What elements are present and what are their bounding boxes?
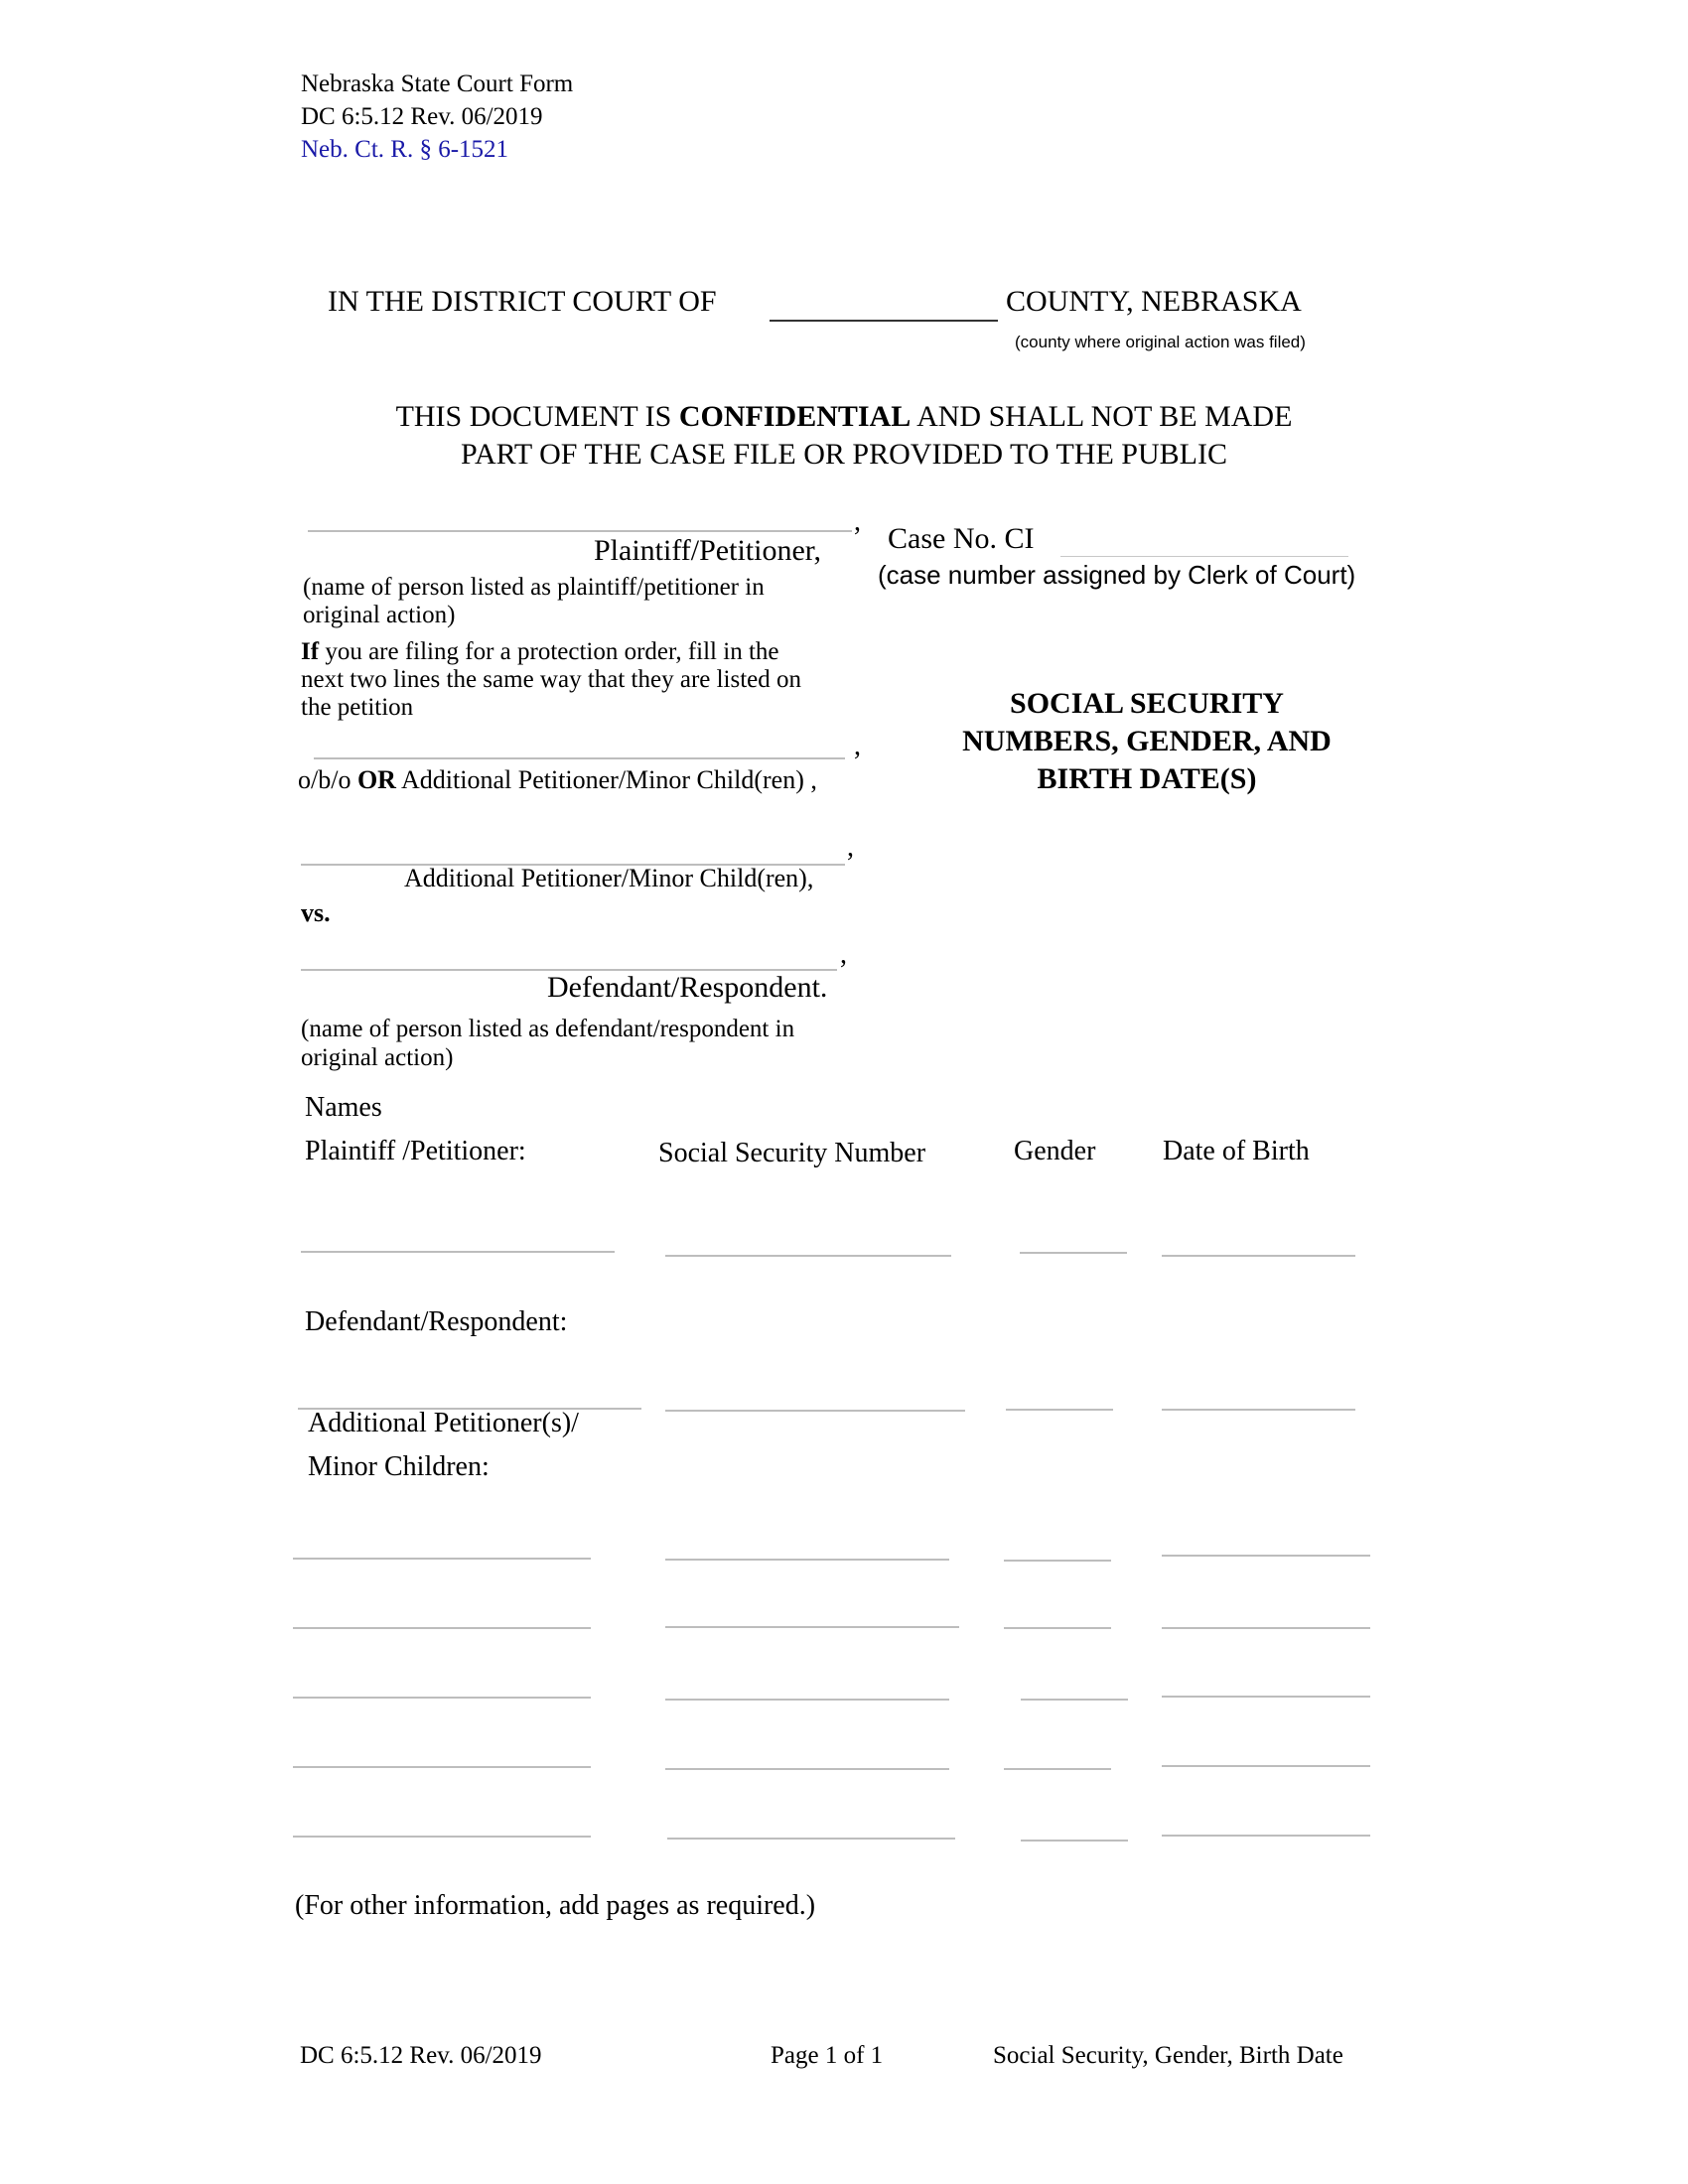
obo-label: o/b/o OR Additional Petitioner/Minor Chi… bbox=[298, 765, 817, 795]
footer-form-title: Social Security, Gender, Birth Date bbox=[993, 2042, 1343, 2070]
footer-form-id: DC 6:5.12 Rev. 06/2019 bbox=[300, 2042, 542, 2070]
comma: , bbox=[847, 832, 854, 864]
additional-gender-field[interactable] bbox=[1004, 1534, 1111, 1562]
protection-line1: you are filing for a protection order, f… bbox=[319, 638, 778, 665]
comma: , bbox=[854, 506, 861, 538]
obo-prefix: o/b/o bbox=[298, 765, 351, 794]
additional-name-field[interactable] bbox=[293, 1532, 591, 1560]
form-title-line1: SOCIAL SECURITY bbox=[884, 685, 1410, 723]
confidential-notice-line1: THIS DOCUMENT IS CONFIDENTIAL AND SHALL … bbox=[0, 400, 1688, 434]
form-id: DC 6:5.12 Rev. 06/2019 bbox=[301, 100, 543, 133]
protection-if: If bbox=[301, 638, 319, 665]
comma: , bbox=[840, 939, 847, 971]
protection-line2: next two lines the same way that they ar… bbox=[301, 666, 801, 694]
protection-line3: the petition bbox=[301, 694, 801, 722]
additional-petitioner-label: Additional Petitioner/Minor Child(ren), bbox=[404, 864, 813, 893]
defendant-hint: (name of person listed as defendant/resp… bbox=[301, 1015, 794, 1072]
additional-petitioner-field[interactable] bbox=[301, 838, 845, 866]
defendant-dob-field[interactable] bbox=[1162, 1383, 1355, 1411]
court-suffix: COUNTY, NEBRASKA bbox=[1006, 285, 1302, 319]
defendant-hint-line2: original action) bbox=[301, 1043, 794, 1072]
case-number-field[interactable] bbox=[1060, 530, 1348, 557]
additional-ssn-field[interactable] bbox=[665, 1533, 949, 1561]
additional-ssn-field[interactable] bbox=[665, 1742, 949, 1770]
additional-pages-note: (For other information, add pages as req… bbox=[295, 1890, 815, 1922]
form-title-line3: BIRTH DATE(S) bbox=[884, 760, 1410, 798]
plaintiff-label: Plaintiff/Petitioner, bbox=[594, 534, 821, 568]
additional-row-label: Additional Petitioner(s)/ Minor Children… bbox=[308, 1402, 579, 1489]
additional-dob-field[interactable] bbox=[1162, 1529, 1370, 1557]
plaintiff-hint: (name of person listed as plaintiff/peti… bbox=[303, 574, 765, 629]
additional-gender-field[interactable] bbox=[1021, 1814, 1128, 1842]
obo-suffix: Additional Petitioner/Minor Child(ren) , bbox=[401, 765, 817, 794]
vs-label: vs. bbox=[301, 898, 331, 928]
form-title-line2: NUMBERS, GENDER, AND bbox=[884, 723, 1410, 760]
footer-page-number: Page 1 of 1 bbox=[771, 2042, 883, 2070]
plaintiff-dob-field[interactable] bbox=[1162, 1229, 1355, 1257]
plaintiff-ssn-field[interactable] bbox=[665, 1229, 951, 1257]
defendant-hint-line1: (name of person listed as defendant/resp… bbox=[301, 1015, 794, 1043]
obo-name-field[interactable] bbox=[314, 732, 845, 759]
additional-label-line1: Additional Petitioner(s)/ bbox=[308, 1402, 579, 1445]
additional-name-field[interactable] bbox=[293, 1810, 591, 1838]
additional-gender-field[interactable] bbox=[1004, 1601, 1111, 1629]
case-number-hint: (case number assigned by Clerk of Court) bbox=[878, 560, 1355, 591]
court-rule-link[interactable]: Neb. Ct. R. § 6-1521 bbox=[301, 133, 508, 166]
defendant-gender-field[interactable] bbox=[1006, 1383, 1113, 1411]
county-hint: (county where original action was filed) bbox=[1015, 333, 1306, 352]
additional-name-field[interactable] bbox=[293, 1671, 591, 1699]
additional-name-field[interactable] bbox=[293, 1601, 591, 1629]
confidential-post: AND SHALL NOT BE MADE bbox=[916, 400, 1292, 433]
obo-or: OR bbox=[357, 765, 396, 794]
additional-dob-field[interactable] bbox=[1162, 1670, 1370, 1698]
plaintiff-hint-line2: original action) bbox=[303, 602, 765, 629]
confidential-keyword: CONFIDENTIAL bbox=[679, 400, 911, 433]
plaintiff-gender-field[interactable] bbox=[1020, 1226, 1127, 1254]
defendant-ssn-field[interactable] bbox=[665, 1384, 965, 1412]
names-heading: Names bbox=[305, 1092, 382, 1124]
additional-label-line2: Minor Children: bbox=[308, 1445, 579, 1489]
confidential-pre: THIS DOCUMENT IS bbox=[396, 400, 672, 433]
plaintiff-hint-line1: (name of person listed as plaintiff/peti… bbox=[303, 574, 765, 602]
plaintiff-name-field[interactable] bbox=[308, 504, 852, 532]
court-prefix: IN THE DISTRICT COURT OF bbox=[328, 285, 717, 319]
case-number-label: Case No. CI bbox=[888, 522, 1034, 556]
dob-column-header: Date of Birth bbox=[1163, 1136, 1310, 1167]
comma: , bbox=[854, 731, 861, 762]
defendant-name-field[interactable] bbox=[301, 943, 837, 971]
ssn-column-header: Social Security Number bbox=[658, 1138, 925, 1169]
additional-gender-field[interactable] bbox=[1004, 1742, 1111, 1770]
plaintiff-row-label: Plaintiff /Petitioner: bbox=[305, 1136, 526, 1167]
form-name: Nebraska State Court Form bbox=[301, 68, 573, 100]
additional-dob-field[interactable] bbox=[1162, 1739, 1370, 1767]
defendant-row-label: Defendant/Respondent: bbox=[305, 1306, 567, 1338]
additional-name-field[interactable] bbox=[293, 1740, 591, 1768]
additional-dob-field[interactable] bbox=[1162, 1601, 1370, 1629]
additional-gender-field[interactable] bbox=[1021, 1673, 1128, 1701]
protection-order-instructions: If you are filing for a protection order… bbox=[301, 638, 801, 722]
defendant-label: Defendant/Respondent. bbox=[547, 971, 827, 1005]
confidential-notice-line2: PART OF THE CASE FILE OR PROVIDED TO THE… bbox=[0, 438, 1688, 472]
additional-ssn-field[interactable] bbox=[665, 1673, 949, 1701]
additional-ssn-field[interactable] bbox=[667, 1812, 955, 1840]
gender-column-header: Gender bbox=[1014, 1136, 1095, 1167]
additional-ssn-field[interactable] bbox=[665, 1600, 959, 1628]
plaintiff-row-name-field[interactable] bbox=[301, 1225, 615, 1253]
form-title: SOCIAL SECURITY NUMBERS, GENDER, AND BIR… bbox=[884, 685, 1410, 798]
county-field[interactable] bbox=[770, 294, 998, 322]
additional-dob-field[interactable] bbox=[1162, 1809, 1370, 1837]
